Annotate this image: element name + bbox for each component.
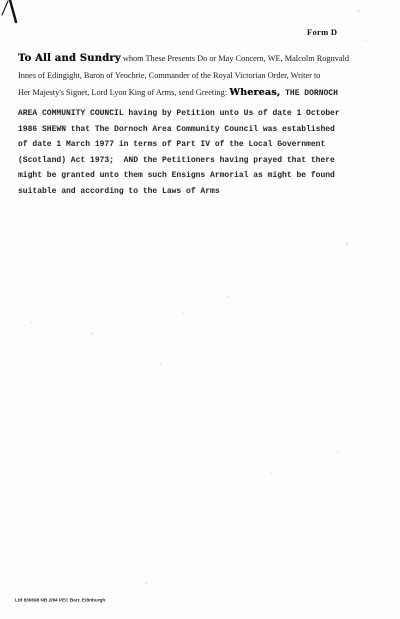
paragraph-line: To All and Sundry whom These Presents Do…: [18, 50, 356, 67]
paragraph-line: Her Majesty's Signet, Lord Lyon King of …: [18, 84, 356, 102]
whereas-text: Whereas,: [229, 87, 280, 98]
printer-imprint: Ltd 830698 NB 2/84 PEC Barr, Edinburgh: [15, 598, 105, 603]
paragraph-line: Innes of Edingight, Baron of Yeochrie, C…: [18, 67, 356, 84]
typed-line: AREA COMMUNITY COUNCIL having by Petitio…: [18, 106, 356, 122]
line1-text: whom These Presents Do or May Concern, W…: [121, 54, 349, 63]
line3-typed-text: THE DORNOCH: [280, 89, 338, 98]
typed-line: suitable and according to the Laws of Ar…: [18, 184, 356, 200]
typed-line: of date 1 March 1977 in terms of Part IV…: [18, 137, 356, 153]
pen-mark-icon: [0, 0, 24, 34]
typewritten-paragraph: AREA COMMUNITY COUNCIL having by Petitio…: [18, 106, 356, 200]
document-body: To All and Sundry whom These Presents Do…: [18, 50, 356, 200]
scan-noise-specks: [0, 0, 1, 1]
line3-serif-text: Her Majesty's Signet, Lord Lyon King of …: [18, 88, 229, 97]
typed-line: 1986 SHEWN that The Dornoch Area Communi…: [18, 122, 356, 138]
scanned-document-page: Form D To All and Sundry whom These Pres…: [0, 0, 400, 619]
opening-paragraph: To All and Sundry whom These Presents Do…: [18, 50, 356, 102]
form-label: Form D: [307, 27, 337, 37]
typed-line: might be granted unto them such Ensigns …: [18, 168, 356, 184]
salutation-text: To All and Sundry: [18, 53, 121, 64]
typed-line: (Scotland) Act 1973; AND the Petitioners…: [18, 153, 356, 169]
